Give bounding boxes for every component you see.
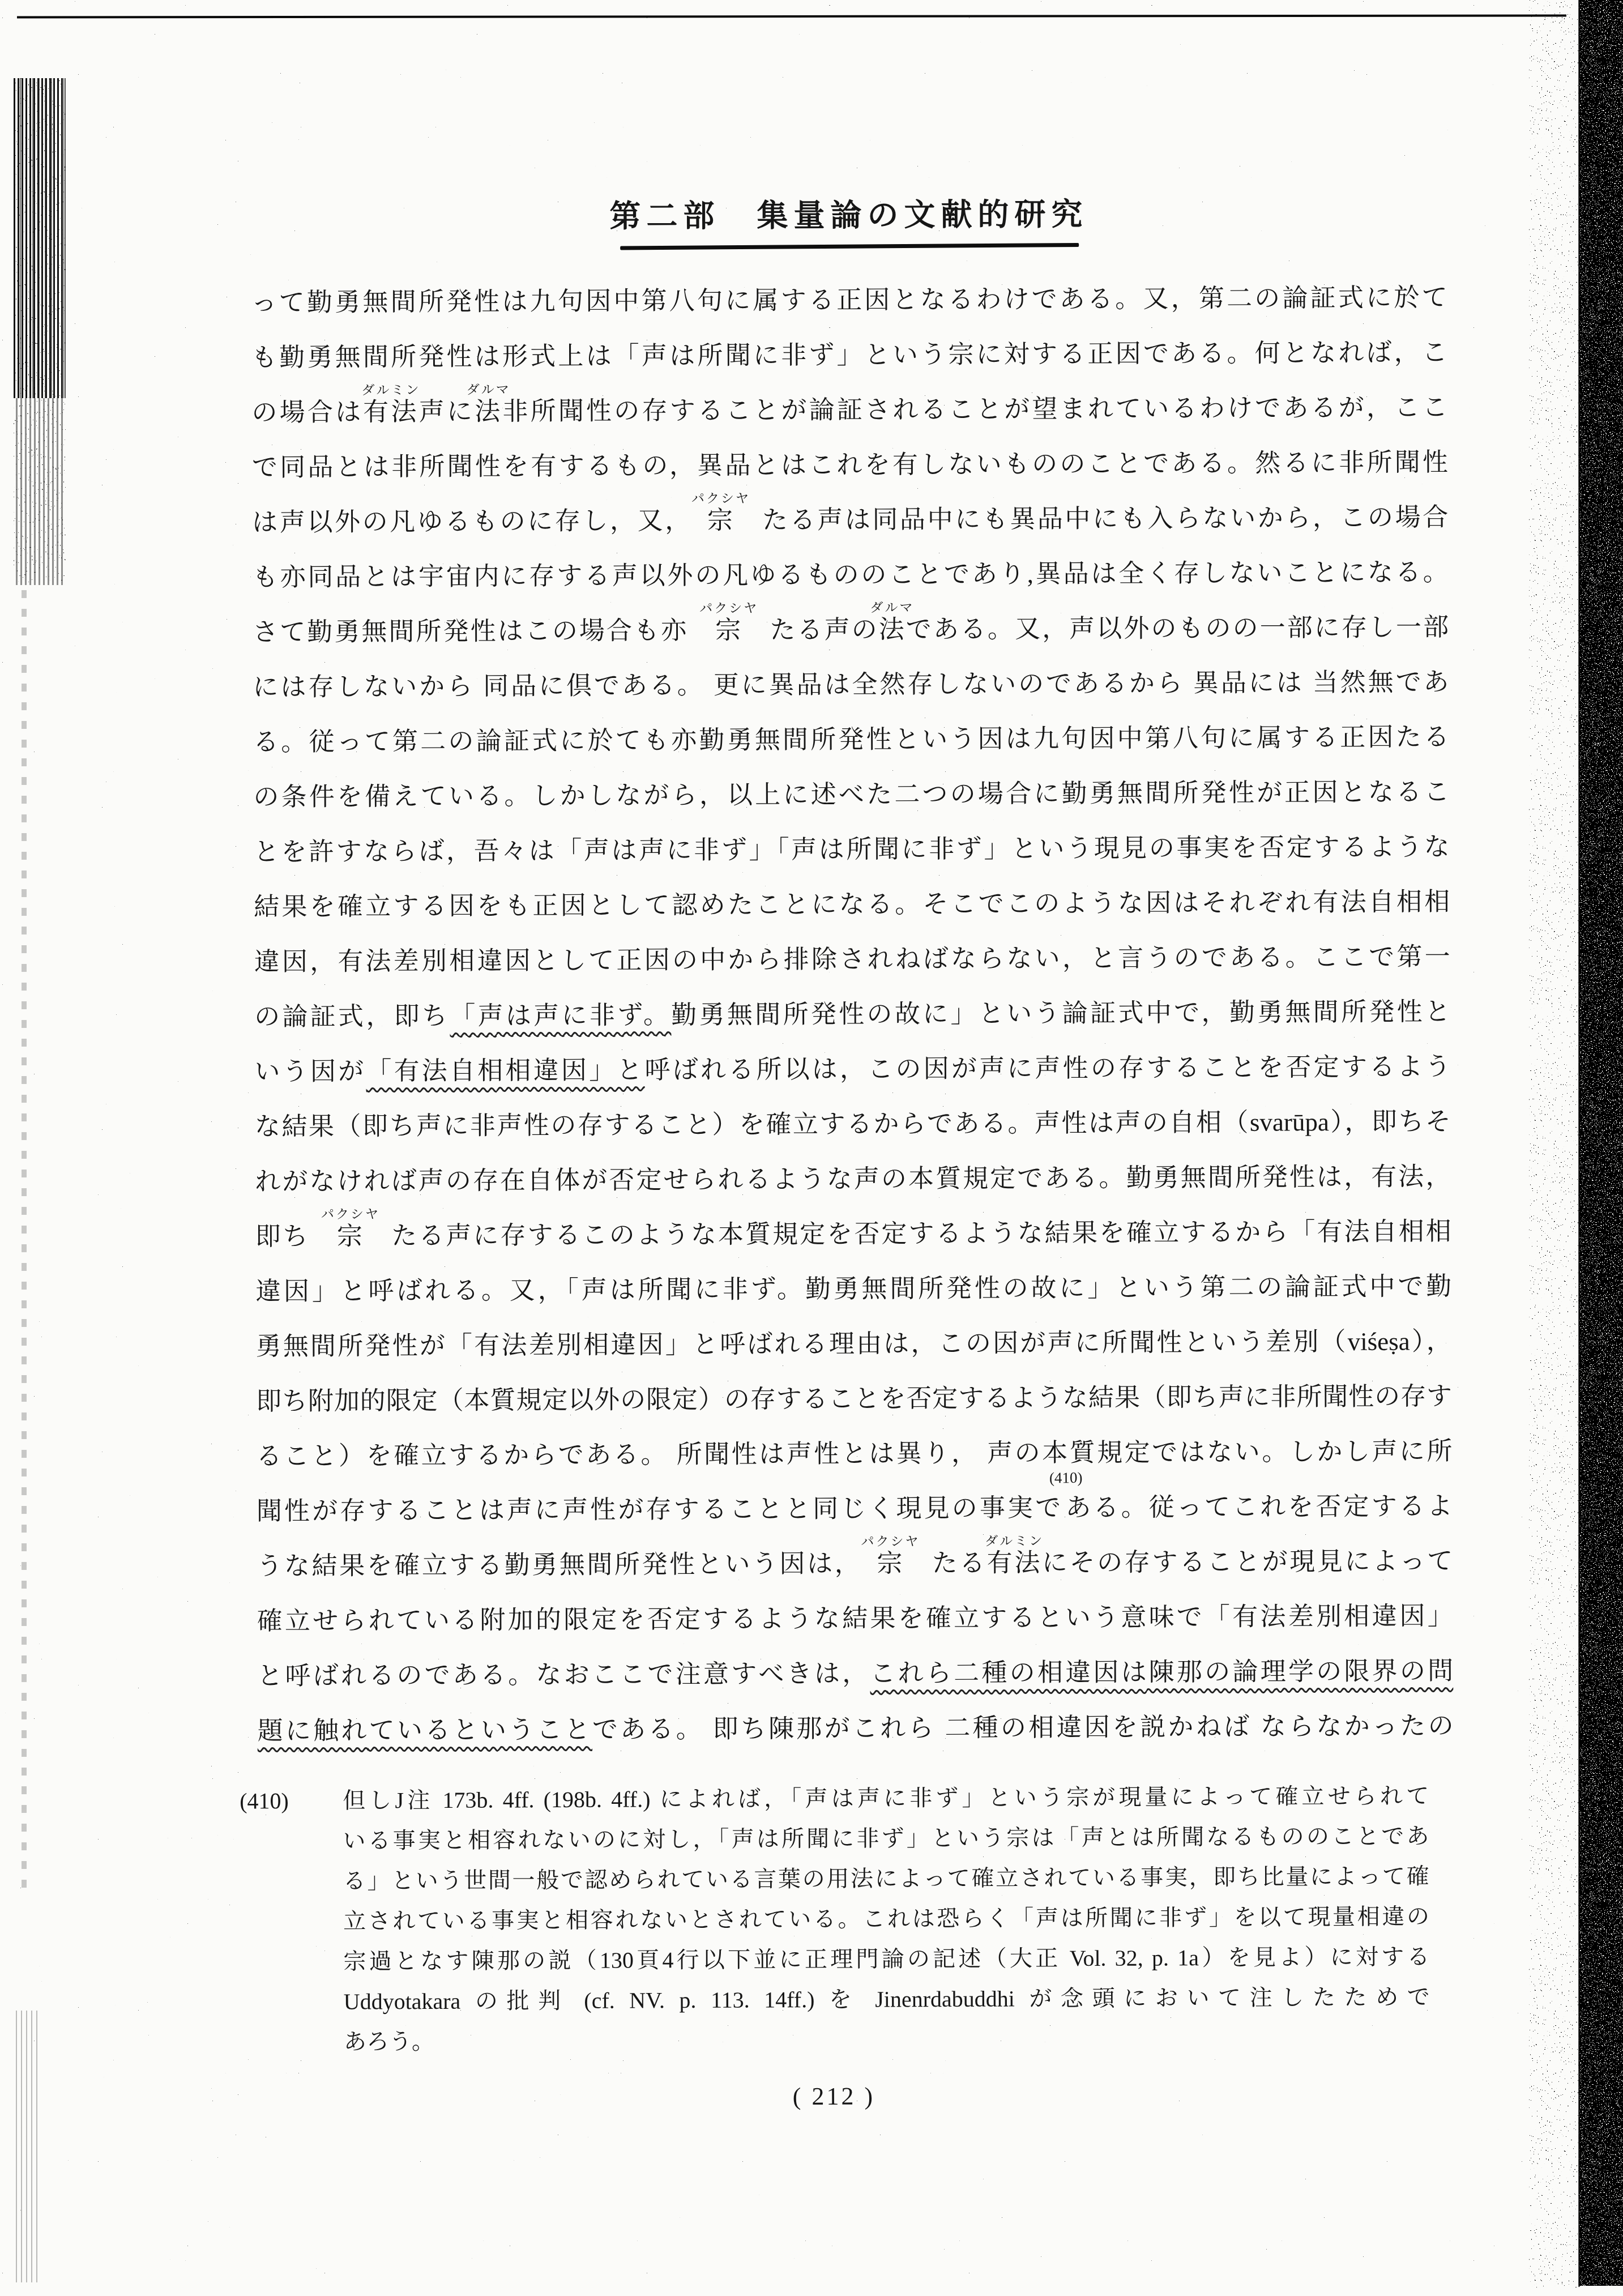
text-segment: 呼ばれる所以は，この因が声に声性の存することを否定するよう [644,1052,1450,1084]
text-segment: で同品とは非所聞性を有するもの，異品とはこれを有しないもののことである。然るに非… [252,448,1448,481]
page-number: ( 212 ) [259,2079,1408,2113]
text-segment: とを許すならば，吾々は「声は声に非ず」「声は所聞に非ず」という現見の事実を否定す… [254,833,1450,866]
furigana: パクシヤ [699,601,758,614]
text-line: さて勤勇無間所発性はこの場合も亦 パクシヤ宗 たる声のダルマ法である。又，声以外… [253,600,1449,660]
text-line: 題に触れているということである。 即ち陳那がこれら 二種の相違因を説かねば なら… [257,1698,1453,1759]
text-segment: である。又，声以外のものの一部に存し一部 [906,613,1449,643]
footnote-label: (410) [240,1781,289,1821]
text-line: 違因」と呼ばれる。又，「声は所聞に非ず。勤勇無間所発性の故に」という第二の論証式… [255,1259,1451,1319]
text-segment: ある。従ってこれを否定するよ [1063,1492,1453,1522]
text-segment: たる声は同品中にも異品中にも入らないから，この場合 [734,503,1448,534]
page-content: 第二部 集量論の文献的研究 って勤勇無間所発性は九句因中第八句に属する正因となる… [0,0,1623,2296]
text-segment: な結果（即ち声に非声性の存すること）を確立するからである。声性は声の自相（sva… [255,1107,1451,1141]
text-segment: 題に触れているということ [257,1715,592,1746]
text-line: る。従って第二の論証式に於ても亦勤勇無間所発性という因は九句因中第八句に属する正… [253,710,1449,770]
text-segment: の場合は [251,398,363,427]
text-line: も勤勇無間所発性は形式上は「声は所聞に非ず」という宗に対する正因である。何となれ… [251,325,1447,385]
text-segment: の条件を備えている。しかしながら，以上に述べた二つの場合に勤勇無間所発性が正因と… [253,778,1449,811]
text-segment: と呼ばれるのである。なおここで注意すべきは， [257,1659,870,1691]
text-segment: たる声の [742,616,879,645]
text-line: 違因，有法差別相違因として正因の中から排除されねばならない，と言うのである。ここ… [254,929,1450,989]
text-line: の場合はダルミン有法声にダルマ法非所聞性の存することが論証されることが望まれてい… [251,380,1447,440]
furigana: ダルミン [361,383,420,396]
footnote-line: 立されている事実と相容れないとされている。これは恐らく「声は所聞に非ず」を以て現… [343,1896,1429,1941]
text-segment: いう因が [254,1057,366,1086]
ruby-annotated-word: パクシヤ宗 [877,1549,904,1577]
text-line: と呼ばれるのである。なおここで注意すべきは，これら二種の相違因は陳那の論理学の限… [257,1644,1453,1704]
text-segment: れがなければ声の存在自体が否定せられるような声の本質規定である。勤勇無間所発性は… [255,1162,1451,1196]
text-line: うな結果を確立する勤勇無間所発性という因は， パクシヤ宗 たるダルミン有法にその… [257,1534,1453,1594]
heading-underline [620,243,1079,250]
text-line: には存しないから 同品に倶である。 更に異品は全然存しないのであるから 異品には… [253,655,1449,715]
ruby-annotated-word: ダルマ法 [475,397,502,425]
scanned-document-page: 第二部 集量論の文献的研究 って勤勇無間所発性は九句因中第八句に属する正因となる… [0,0,1623,2296]
text-segment: うな結果を確立する勤勇無間所発性という因は， [257,1550,877,1581]
text-segment: 即ち附加的限定（本質規定以外の限定）の存することを否定するような結果（即ち声に非… [256,1382,1452,1415]
text-segment: 「声は声に非ず。 [450,1001,671,1030]
text-segment: も亦同品とは宇宙内に存する声以外の凡ゆるもののことであり,異品は全く存しないこと… [253,558,1449,591]
furigana: パクシヤ [691,492,750,505]
ruby-annotated-word: ダルミン有法 [987,1548,1042,1577]
text-segment: って勤勇無間所発性は九句因中第八句に属する正因となるわけである。又，第二の論証式… [251,283,1447,317]
text-line: な結果（即ち声に非声性の存すること）を確立するからである。声性は声の自相（sva… [255,1094,1451,1154]
text-segment: 勇無間所発性が「有法差別相違因」と呼ばれる理由は，この因が声に所聞性という差別（… [256,1327,1452,1360]
text-line: って勤勇無間所発性は九句因中第八句に属する正因となるわけである。又，第二の論証式… [251,270,1447,330]
text-line: で同品とは非所聞性を有するもの，異品とはこれを有しないもののことである。然るに非… [252,435,1448,495]
text-line: の論証式，即ち「声は声に非ず。勤勇無間所発性の故に」という論証式中で，勤勇無間所… [254,984,1450,1044]
ruby-annotated-word: パクシヤ宗 [715,616,742,645]
text-segment: ること）を確立するからである。 所聞性は声性とは異り， 声の本質規定ではない。し… [256,1437,1452,1470]
ruby-annotated-word: ダルマ法 [879,615,906,643]
text-line: 聞性が存することは声に声性が存することと同じく現見の事実で(410)ある。従って… [257,1479,1453,1539]
footnote-line: いる事実と相容れないのに対し，「声は所聞に非ず」という宗は「声とは所聞なるものの… [343,1816,1429,1860]
body-text: って勤勇無間所発性は九句因中第八句に属する正因となるわけである。又，第二の論証式… [251,270,1453,1759]
text-line: 即ち パクシヤ宗 たる声に存するこのような本質規定を否定するような結果を確立する… [255,1204,1451,1264]
furigana: パクシヤ [861,1535,920,1548]
text-segment: さて勤勇無間所発性はこの場合も亦 [253,616,715,647]
text-segment: 違因，有法差別相違因として正因の中から排除されねばならない，と言うのである。ここ… [254,942,1450,976]
furigana: ダルミン [985,1534,1044,1547]
footnote-text: 但しJ注 173b. 4ff. (198b. 4ff.) によれば，「声は声に非… [343,1776,1430,2062]
text-segment: 「有法自相相違因」と [366,1056,644,1085]
ruby-annotated-word: パクシヤ宗 [337,1222,364,1251]
text-segment: である。 即ち陳那がこれら 二種の相違因を説かねば ならなかったの [592,1712,1454,1744]
text-line: の条件を備えている。しかしながら，以上に述べた二つの場合に勤勇無間所発性が正因と… [253,765,1449,825]
text-line: 即ち附加的限定（本質規定以外の限定）の存することを否定するような結果（即ち声に非… [256,1369,1452,1429]
footnote-line: あろう。 [344,2017,1430,2062]
text-line: は声以外の凡ゆるものに存し，又， パクシヤ宗 たる声は同品中にも異品中にも入らな… [252,490,1448,550]
section-heading: 第二部 集量論の文献的研究 [251,187,1447,237]
text-segment: 結果を確立する因をも正因として認めたことになる。そこでこのような因はそれぞれ有法… [254,887,1450,921]
furigana: パクシヤ [321,1207,380,1220]
text-segment: たる [904,1549,987,1578]
text-line: ること）を確立するからである。 所聞性は声性とは異り， 声の本質規定ではない。し… [256,1424,1452,1484]
footnote-line: 但しJ注 173b. 4ff. (198b. 4ff.) によれば，「声は声に非… [343,1776,1429,1820]
text-line: 勇無間所発性が「有法差別相違因」と呼ばれる理由は，この因が声に所聞性という差別（… [255,1314,1451,1374]
text-segment: 非所聞性の存することが論証されることが望まれているわけであるが，ここ [502,393,1447,425]
footnote-line: る」という世間一般で認められている言葉の用法によって確立されている事実，即ち比量… [343,1856,1429,1901]
text-line: れがなければ声の存在自体が否定せられるような声の本質規定である。勤勇無間所発性は… [255,1149,1451,1209]
text-segment: 声に [419,398,475,426]
text-segment: 確立せられている附加的限定を否定するような結果を確立するという意味で「有法差別相… [257,1602,1453,1635]
text-line: 確立せられている附加的限定を否定するような結果を確立するという意味で「有法差別相… [257,1589,1453,1649]
text-segment: これら二種の相違因は陳那の論理学の限界の問 [870,1657,1453,1687]
text-line: も亦同品とは宇宙内に存する声以外の凡ゆるもののことであり,異品は全く存しないこと… [253,545,1449,605]
furigana: ダルマ [870,601,915,614]
text-line: いう因が「有法自相相違因」と呼ばれる所以は，この因が声に声性の存することを否定す… [254,1039,1450,1099]
text-segment: は声以外の凡ゆるものに存し，又， [252,506,707,537]
text-segment: 聞性が存することは声に声性が存することと同じく現見の事実で [257,1493,1064,1525]
footnote-line: 宗過となす陳那の説（130頁4行以下並に正理門論の記述（大正 Vol. 32, … [343,1936,1429,1981]
ruby-annotated-word: パクシヤ宗 [707,506,735,535]
text-segment: にその存することが現見によって [1042,1547,1453,1577]
text-segment: の論証式，即ち [254,1002,450,1031]
ruby-annotated-word: ダルミン有法 [363,398,419,426]
text-segment: には存しないから 同品に倶である。 更に異品は全然存しないのであるから 異品には… [253,668,1449,701]
footnote-line: Uddyotakara の批判 (cf. NV. p. 113. 14ff.) … [344,1977,1430,2021]
text-segment: 違因」と呼ばれる。又，「声は所聞に非ず。勤勇無間所発性の故に」という第二の論証式… [255,1272,1451,1305]
text-segment: も勤勇無間所発性は形式上は「声は所聞に非ず」という宗に対する正因である。何となれ… [251,338,1447,372]
text-line: とを許すならば，吾々は「声は声に非ず」「声は所聞に非ず」という現見の事実を否定す… [254,820,1450,880]
text-line: 結果を確立する因をも正因として認めたことになる。そこでこのような因はそれぞれ有法… [254,874,1450,934]
text-segment: たる声に存するこのような本質規定を否定するような結果を確立するから「有法自相相 [364,1217,1451,1250]
furigana: ダルマ [467,383,511,396]
text-segment: る。従って第二の論証式に於ても亦勤勇無間所発性という因は九句因中第八句に属する正… [253,723,1449,756]
text-segment: 勤勇無間所発性の故に」という論証式中で，勤勇無間所発性と [671,997,1450,1029]
text-segment: 即ち [255,1222,337,1251]
